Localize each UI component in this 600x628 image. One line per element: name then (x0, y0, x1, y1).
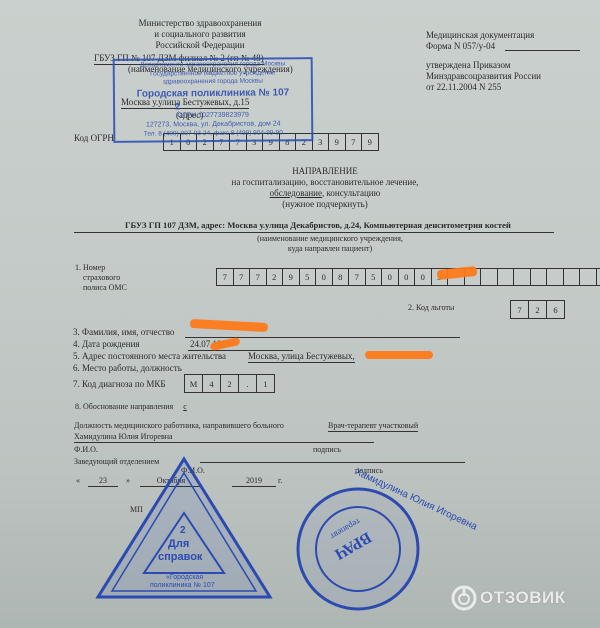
organization-stamp: Департамента здравоохранения города Моск… (113, 57, 314, 143)
oms-digit-cell: 8 (332, 268, 350, 286)
fio-label: 3. Фамилия, имя, отчество (73, 327, 174, 338)
form-underline (505, 50, 580, 51)
referral-subtitle-1: на госпитализацию, восстановительное леч… (200, 177, 450, 188)
stamp-ogrn: ОГРН 1027739823979 (115, 111, 311, 120)
redaction-fio (190, 319, 268, 332)
referral-title-block: НАПРАВЛЕНИЕ на госпитализацию, восстанов… (200, 166, 450, 210)
position-value: Врач-терапевт участковый (328, 421, 418, 432)
destination-caption-2: куда направлен пациент) (250, 244, 410, 254)
stamp-title: Городская поликлиника № 107 (115, 87, 311, 100)
ministry-line-1: Министерство здравоохранения (120, 18, 280, 29)
stamp-address: 127273, Москва, ул. Декабристов, дом 24 (115, 120, 311, 129)
reason-label: 8. Обоснование направления с (75, 402, 187, 412)
oms-digit-cell: 0 (315, 268, 333, 286)
triangle-line-1: Для (168, 538, 189, 550)
approved-by: утверждена Приказом (426, 60, 541, 71)
doc-type: Медицинская документация (426, 30, 534, 41)
oms-digit-cell (579, 268, 597, 286)
redaction-address (365, 351, 433, 359)
oms-digit-cell: 0 (414, 268, 432, 286)
oms-digit-cell: 0 (398, 268, 416, 286)
approval-info: утверждена Приказом Минздравсоцразвития … (426, 60, 541, 93)
oms-digit-cell: 0 (381, 268, 399, 286)
oms-label-3: полиса ОМС (75, 283, 127, 293)
form-info: Медицинская документация Форма N 057/у-0… (426, 30, 534, 52)
ministry-line-3: Российской Федерации (120, 40, 280, 51)
oms-digit-cell (480, 268, 498, 286)
benefit-digit-cell: 2 (528, 300, 547, 319)
oms-digit-cell: 7 (249, 268, 267, 286)
destination-caption: (наименование медицинского учреждения, к… (250, 234, 410, 254)
benefit-digit-cell: 6 (546, 300, 565, 319)
approving-ministry: Минздравсоцразвития России (426, 71, 541, 82)
benefit-digit-cell: 7 (510, 300, 529, 319)
selected-option: обследование (270, 188, 322, 198)
triangle-number: 2 (180, 525, 186, 536)
destination-value: ГБУЗ ГП 107 ДЗМ, адрес: Москва у.улица Д… (125, 220, 511, 230)
icd-code-cell: М (184, 374, 203, 393)
oms-digit-cell (546, 268, 564, 286)
oms-digit-cell: 5 (299, 268, 317, 286)
reason-value: с (183, 402, 187, 411)
icd-code-cells: М42.1 (184, 374, 274, 393)
triangle-line-4: поликлиника № 107 (150, 582, 215, 589)
fio-caption: Ф.И.О. (74, 445, 98, 455)
dob-label: 4. Дата рождения (73, 339, 140, 350)
ogrn-digit-cell: 9 (361, 133, 379, 151)
triangle-line-2: справок (158, 551, 202, 563)
ministry-line-2: и социального развития (120, 29, 280, 40)
reason-label-text: 8. Обоснование направления (75, 402, 173, 411)
oms-digit-cell: 7 (216, 268, 234, 286)
fio-line (185, 337, 460, 338)
quote-open: « (76, 476, 80, 485)
oms-digit-cell: 7 (348, 268, 366, 286)
signature-caption: подпись (313, 445, 341, 455)
position-label: Должность медицинского работника, направ… (74, 421, 284, 431)
doctor-name-line (74, 442, 374, 443)
ministry-block: Министерство здравоохранения и социально… (120, 18, 280, 51)
doctor-round-stamp: Хамидулина Юлия Игоревна ВРАЧ терапевт (293, 484, 423, 614)
ogrn-digit-cell: 9 (328, 133, 346, 151)
year-suffix: г. (278, 476, 282, 485)
work-label: 6. Место работы, должность (73, 363, 182, 374)
address-label: 5. Адрес постоянного места жительства (73, 351, 226, 362)
icd-code-cell: 2 (220, 374, 239, 393)
stamp-line-1: Департамента здравоохранения города Моск… (115, 60, 311, 69)
ogrn-digit-cell: 3 (312, 133, 330, 151)
oms-label-1: 1. Номер (75, 263, 127, 273)
oms-label-2: страхового (75, 273, 127, 283)
other-option: , консультацию (322, 188, 380, 198)
triangle-stamp: 2 Для справок «Городская поликлиника № 1… (94, 455, 274, 605)
oms-number-cells: 77729508750005 (216, 268, 600, 286)
address-value: Москва, улица Бестужевых, (248, 351, 355, 363)
otzovik-logo-icon (451, 585, 477, 611)
oms-digit-cell (596, 268, 600, 286)
icd-code-cell: 1 (256, 374, 275, 393)
oms-digit-cell: 5 (365, 268, 383, 286)
ogrn-digit-cell: 7 (345, 133, 363, 151)
oms-label: 1. Номер страхового полиса ОМС (75, 263, 127, 293)
referral-heading: НАПРАВЛЕНИЕ (200, 166, 450, 177)
destination-caption-1: (наименование медицинского учреждения, (250, 234, 410, 244)
oms-digit-cell: 2 (266, 268, 284, 286)
otzovik-watermark: ОТЗОВИК (451, 585, 566, 611)
approval-order: от 22.11.2004 N 255 (426, 82, 541, 93)
referral-subtitle-2: обследование, консультацию (200, 188, 450, 199)
icd-label: 7. Код диагноза по МКБ (73, 379, 166, 390)
otzovik-logo-text: ОТЗОВИК (480, 588, 566, 608)
oms-digit-cell (497, 268, 515, 286)
referral-hint: (нужное подчеркнуть) (200, 199, 450, 210)
oms-digit-cell: 9 (282, 268, 300, 286)
benefit-label: 2. Код льготы (408, 303, 454, 313)
ogrn-label: Код ОГРН (74, 133, 114, 144)
oms-digit-cell: 7 (233, 268, 251, 286)
triangle-line-3: «Городская (166, 574, 203, 581)
oms-digit-cell (563, 268, 581, 286)
benefit-code-cells: 726 (510, 300, 564, 319)
doctor-name: Хамидулина Юлия Игоревна (74, 432, 173, 442)
destination-line (74, 232, 554, 233)
stamp-number: 2 (175, 101, 180, 111)
oms-digit-cell (530, 268, 548, 286)
stamp-line-3: здравоохранения города Москвы (115, 77, 311, 86)
stamp-phone: Тел. 8 (499) 907-03-24, факс 8 (499) 904… (115, 129, 311, 138)
icd-code-cell: . (238, 374, 257, 393)
icd-code-cell: 4 (202, 374, 221, 393)
oms-digit-cell (513, 268, 531, 286)
